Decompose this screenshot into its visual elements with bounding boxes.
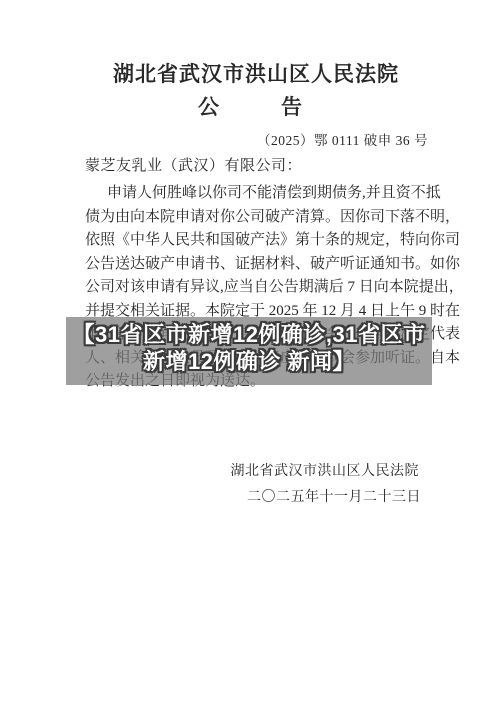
body-line: 债为由向本院申请对你公司破产清算。因你司下落不明，: [85, 206, 420, 230]
notice-title: 公 告: [0, 91, 500, 121]
court-name-heading: 湖北省武汉市洪山区人民法院: [6, 58, 500, 88]
addressee-line: 蒙芝友乳业（武汉）有限公司：: [85, 154, 302, 175]
body-line: 依照《中华人民共和国破产法》第十条的规定，特向你司: [85, 229, 420, 253]
body-line: 申请人何胜峰以你司不能清偿到期债务,并且资不抵: [85, 182, 420, 206]
news-caption-overlay: 【31省区市新增12例确诊,31省区市 新增12例确诊 新闻】: [66, 317, 432, 385]
notice-title-char-right: 告: [281, 91, 302, 121]
body-line: 公告送达破产申请书、证据材料、破产听证通知书。如你: [85, 253, 420, 277]
body-line: 公司对该申请有异议,应当自公告期满后 7 日向本院提出，: [85, 276, 420, 300]
signature-date: 二〇二五年十一月二十三日: [247, 486, 421, 506]
notice-title-char-left: 公: [198, 91, 219, 121]
news-caption-line-1: 【31省区市新增12例确诊,31省区市: [66, 321, 432, 348]
court-notice-page: 湖北省武汉市洪山区人民法院 公 告 （2025）鄂 0111 破申 36 号 蒙…: [0, 0, 500, 706]
signature-court-name: 湖北省武汉市洪山区人民法院: [231, 460, 420, 480]
case-number: （2025）鄂 0111 破申 36 号: [257, 129, 428, 149]
news-caption-line-2: 新增12例确诊 新闻】: [66, 348, 432, 375]
